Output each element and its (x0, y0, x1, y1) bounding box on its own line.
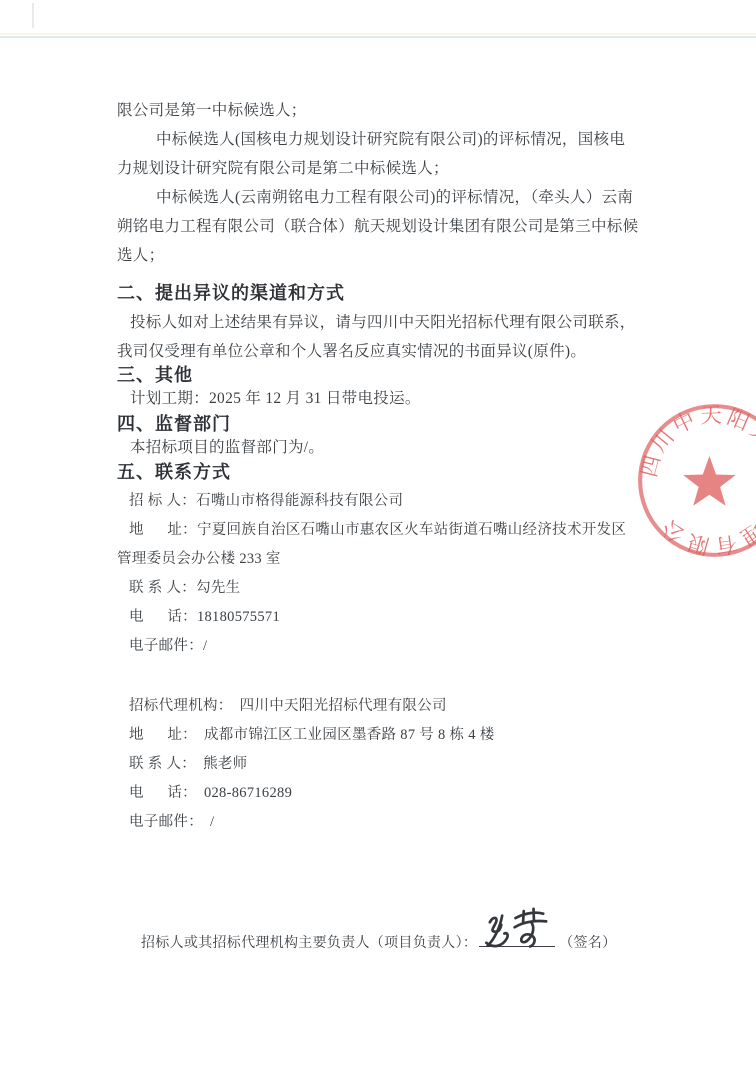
intro-paragraph: 中标候选人(云南朔铭电力工程有限公司)的评标情况，（牵头人）云南朔铭电力工程有限… (117, 183, 640, 270)
field-label: 联 系 人： (129, 756, 196, 772)
field-label: 招 标 人： (129, 493, 196, 509)
field-value: / (210, 814, 214, 830)
field-label: 招标代理机构： (129, 698, 233, 714)
section-heading-objection-channels: 二、提出异议的渠道和方式 (117, 278, 640, 308)
field-label: 地 址： (129, 727, 197, 743)
intro-paragraph: 中标候选人(国核电力规划设计研究院有限公司)的评标情况，国核电力规划设计研究院有… (117, 125, 640, 183)
contact-row-agency-phone: 电 话：028-86716289 (117, 779, 640, 808)
responsible-person-signature-line: 招标人或其招标代理机构主要负责人（项目负责人）： （签名） (117, 929, 640, 958)
field-value: 四川中天阳光招标代理有限公司 (240, 698, 447, 714)
contact-row-tenderer-email: 电子邮件：/ (117, 632, 640, 661)
field-value: 勾先生 (196, 580, 240, 596)
signature-line-label: 招标人或其招标代理机构主要负责人（项目负责人）： (141, 936, 477, 951)
handwritten-signature (479, 930, 555, 947)
section-body: 投标人如对上述结果有异议，请与四川中天阳光招标代理有限公司联系，我司仅受理有单位… (117, 308, 640, 366)
field-value: 成都市锦江区工业园区墨香路 87 号 8 栋 4 楼 (204, 727, 495, 743)
tenderer-contact-block: 招 标 人：石嘴山市格得能源科技有限公司 地 址：宁夏回族自治区石嘴山市惠农区火… (117, 487, 640, 661)
company-seal-stamp: 四川中天阳光招标代理有限公司 (633, 399, 756, 562)
intro-paragraph: 限公司是第一中标候选人； (117, 96, 640, 125)
field-label: 联 系 人： (129, 580, 196, 596)
field-label: 地 址： (129, 522, 197, 538)
field-value: / (203, 638, 207, 654)
field-value: 18180575571 (197, 609, 280, 625)
handwritten-signature-strokes (475, 902, 560, 957)
contact-row-agency-person: 联 系 人：熊老师 (117, 750, 640, 779)
field-label: 电子邮件： (129, 638, 203, 654)
section-heading-contact-info: 五、联系方式 (117, 457, 640, 487)
signature-line-suffix: （签名） (559, 936, 616, 951)
scanned-document-page: 限公司是第一中标候选人； 中标候选人(国核电力规划设计研究院有限公司)的评标情况… (0, 0, 756, 1070)
contact-row-tenderer-person: 联 系 人：勾先生 (117, 574, 640, 603)
field-label: 电 话： (129, 785, 197, 801)
agency-contact-block: 招标代理机构：四川中天阳光招标代理有限公司 地 址：成都市锦江区工业园区墨香路 … (117, 692, 640, 837)
contact-row-tenderer-phone: 电 话：18180575571 (117, 603, 640, 632)
field-value: 熊老师 (203, 756, 247, 772)
field-label: 电 话： (129, 609, 197, 625)
contact-row-tenderer-address: 地 址：宁夏回族自治区石嘴山市惠农区火车站街道石嘴山经济技术开发区管理委员会办公… (117, 516, 640, 574)
contact-row-agency-email: 电子邮件：/ (117, 808, 640, 837)
contact-row-agency-address: 地 址：成都市锦江区工业园区墨香路 87 号 8 栋 4 楼 (117, 721, 640, 750)
star-icon (683, 456, 735, 506)
field-label: 电子邮件： (129, 814, 203, 830)
field-value: 028-86716289 (204, 785, 292, 801)
contact-row-tenderer-name: 招 标 人：石嘴山市格得能源科技有限公司 (117, 487, 640, 516)
field-value: 石嘴山市格得能源科技有限公司 (196, 493, 403, 509)
contact-row-agency-name: 招标代理机构：四川中天阳光招标代理有限公司 (117, 692, 640, 721)
